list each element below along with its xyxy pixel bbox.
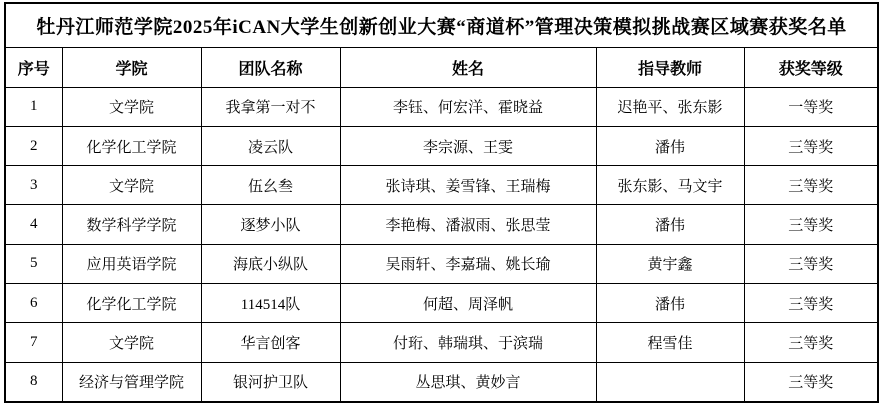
cell-team: 凌云队 [201, 126, 340, 165]
cell-team: 逐梦小队 [201, 205, 340, 244]
cell-names: 丛思琪、黄妙言 [340, 362, 596, 402]
header-cell-team: 团队名称 [201, 48, 340, 87]
cell-names: 李艳梅、潘淑雨、张思莹 [340, 205, 596, 244]
cell-college: 数学科学学院 [62, 205, 201, 244]
table-row: 5 应用英语学院 海底小纵队 吴雨轩、李嘉瑞、姚长瑜 黄宇鑫 三等奖 [5, 244, 878, 283]
cell-index: 6 [5, 284, 62, 323]
table-row: 3 文学院 伍幺叁 张诗琪、姜雪锋、王瑞梅 张东影、马文宇 三等奖 [5, 166, 878, 205]
cell-team: 华言创客 [201, 323, 340, 362]
cell-names: 李钰、何宏洋、霍晓益 [340, 87, 596, 126]
cell-index: 7 [5, 323, 62, 362]
header-cell-award: 获奖等级 [744, 48, 878, 87]
table-row: 7 文学院 华言创客 付珩、韩瑞琪、于滨瑞 程雪佳 三等奖 [5, 323, 878, 362]
table-row: 8 经济与管理学院 银河护卫队 丛思琪、黄妙言 三等奖 [5, 362, 878, 402]
cell-college: 化学化工学院 [62, 284, 201, 323]
cell-advisor: 潘伟 [596, 205, 744, 244]
cell-award: 三等奖 [744, 205, 878, 244]
cell-college: 应用英语学院 [62, 244, 201, 283]
cell-index: 3 [5, 166, 62, 205]
table-row: 2 化学化工学院 凌云队 李宗源、王雯 潘伟 三等奖 [5, 126, 878, 165]
cell-award: 三等奖 [744, 323, 878, 362]
cell-team: 伍幺叁 [201, 166, 340, 205]
document-page: 牡丹江师范学院2025年iCAN大学生创新创业大赛“商道杯”管理决策模拟挑战赛区… [4, 2, 878, 403]
cell-index: 5 [5, 244, 62, 283]
cell-advisor: 程雪佳 [596, 323, 744, 362]
cell-names: 李宗源、王雯 [340, 126, 596, 165]
cell-college: 化学化工学院 [62, 126, 201, 165]
document-title: 牡丹江师范学院2025年iCAN大学生创新创业大赛“商道杯”管理决策模拟挑战赛区… [5, 3, 878, 48]
cell-names: 付珩、韩瑞琪、于滨瑞 [340, 323, 596, 362]
cell-award: 一等奖 [744, 87, 878, 126]
cell-college: 文学院 [62, 166, 201, 205]
cell-names: 张诗琪、姜雪锋、王瑞梅 [340, 166, 596, 205]
header-cell-names: 姓名 [340, 48, 596, 87]
header-cell-advisor: 指导教师 [596, 48, 744, 87]
cell-index: 8 [5, 362, 62, 402]
cell-team: 银河护卫队 [201, 362, 340, 402]
cell-team: 114514队 [201, 284, 340, 323]
cell-award: 三等奖 [744, 126, 878, 165]
cell-college: 文学院 [62, 323, 201, 362]
cell-college: 文学院 [62, 87, 201, 126]
header-cell-college: 学院 [62, 48, 201, 87]
cell-advisor: 迟艳平、张东影 [596, 87, 744, 126]
cell-index: 2 [5, 126, 62, 165]
cell-award: 三等奖 [744, 166, 878, 205]
award-results-table: 牡丹江师范学院2025年iCAN大学生创新创业大赛“商道杯”管理决策模拟挑战赛区… [4, 2, 879, 403]
cell-college: 经济与管理学院 [62, 362, 201, 402]
cell-advisor [596, 362, 744, 402]
cell-names: 吴雨轩、李嘉瑞、姚长瑜 [340, 244, 596, 283]
cell-advisor: 潘伟 [596, 284, 744, 323]
cell-award: 三等奖 [744, 244, 878, 283]
cell-team: 海底小纵队 [201, 244, 340, 283]
cell-award: 三等奖 [744, 362, 878, 402]
cell-award: 三等奖 [744, 284, 878, 323]
cell-index: 1 [5, 87, 62, 126]
cell-names: 何超、周泽帆 [340, 284, 596, 323]
table-header-row: 序号 学院 团队名称 姓名 指导教师 获奖等级 [5, 48, 878, 87]
table-row: 6 化学化工学院 114514队 何超、周泽帆 潘伟 三等奖 [5, 284, 878, 323]
cell-advisor: 黄宇鑫 [596, 244, 744, 283]
cell-team: 我拿第一对不 [201, 87, 340, 126]
table-row: 1 文学院 我拿第一对不 李钰、何宏洋、霍晓益 迟艳平、张东影 一等奖 [5, 87, 878, 126]
cell-advisor: 张东影、马文宇 [596, 166, 744, 205]
cell-advisor: 潘伟 [596, 126, 744, 165]
header-cell-index: 序号 [5, 48, 62, 87]
table-row: 4 数学科学学院 逐梦小队 李艳梅、潘淑雨、张思莹 潘伟 三等奖 [5, 205, 878, 244]
cell-index: 4 [5, 205, 62, 244]
table-title-row: 牡丹江师范学院2025年iCAN大学生创新创业大赛“商道杯”管理决策模拟挑战赛区… [5, 3, 878, 48]
